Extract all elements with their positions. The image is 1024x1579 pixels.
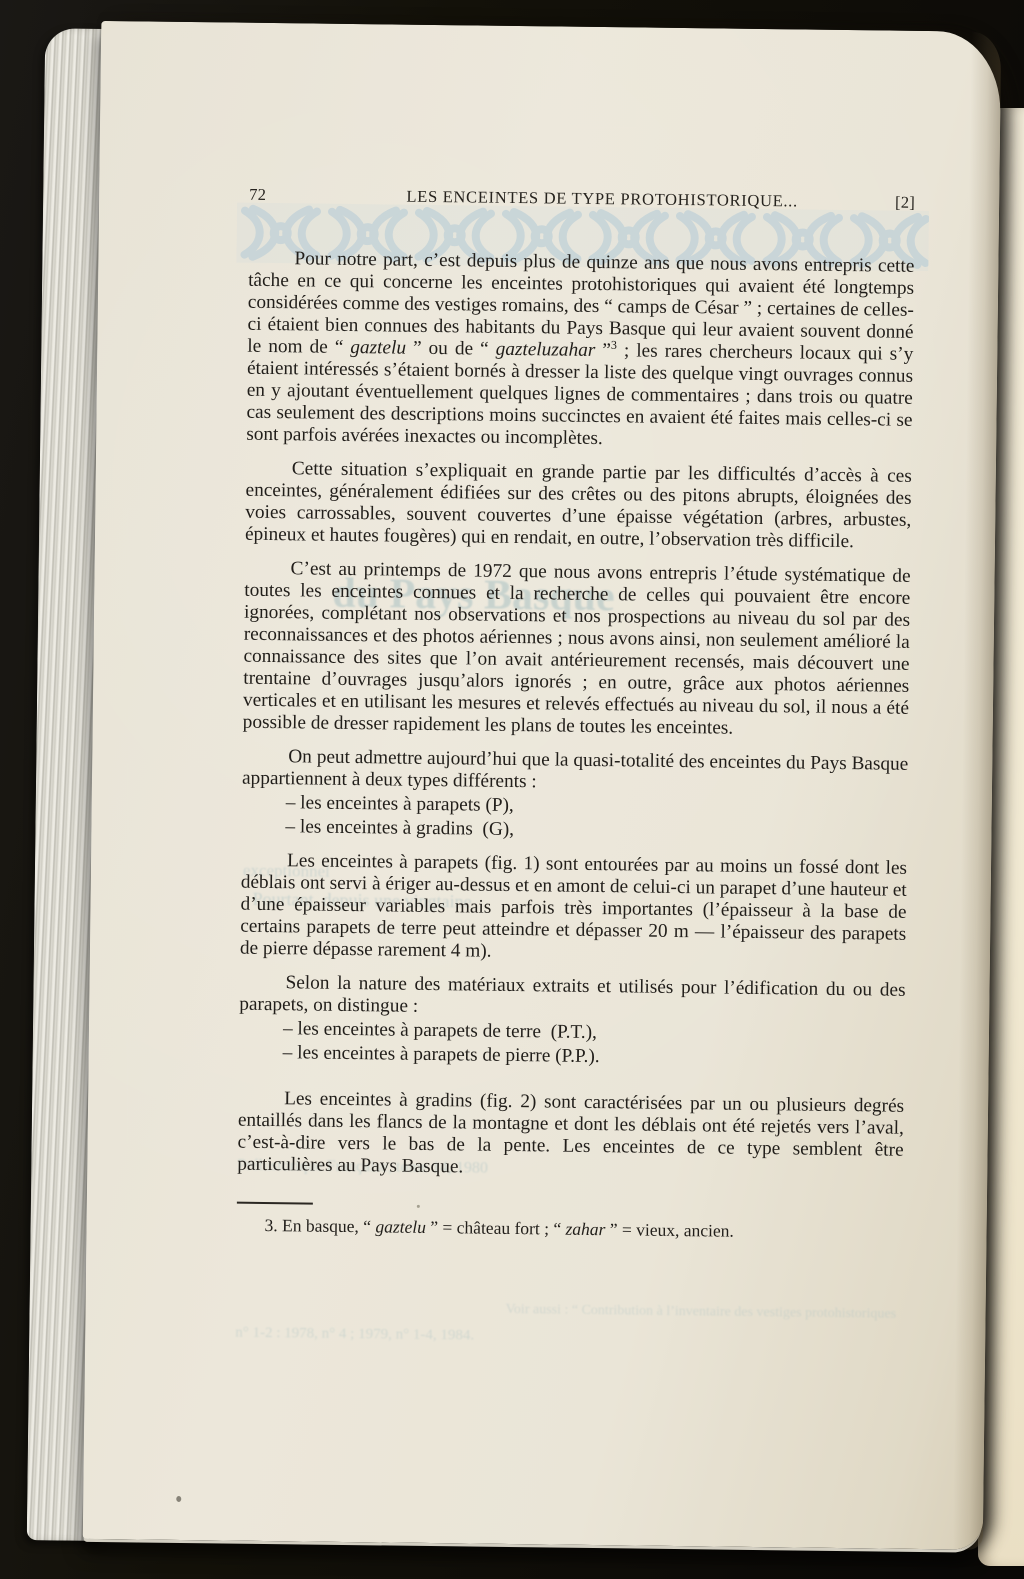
paper-speck [176,1496,181,1502]
footnote-text: 3. En basque, “ gaztelu ” = château fort… [236,1214,902,1244]
text-run: 3. En basque, “ [264,1215,375,1236]
paragraph: Cette situation s’expliquait en grande p… [245,458,912,554]
text-block: Pour notre part, c’est depuis plus de qu… [237,248,914,1184]
text-run: – les enceintes à parapets de pierre (P.… [283,1042,600,1067]
paragraph: Pour notre part, c’est depuis plus de qu… [246,248,914,454]
italic-term: gazteluzahar [496,339,596,361]
paper-speck [417,1205,420,1208]
text-run: Les enceintes à gradins (fig. 2) sont ca… [237,1088,904,1177]
page-content: 72 LES ENCEINTES DE TYPE PROTOHISTORIQUE… [83,21,1001,1550]
running-header: 72 LES ENCEINTES DE TYPE PROTOHISTORIQUE… [249,183,915,215]
paragraph: Selon la nature des matériaux extraits e… [239,972,905,1024]
paper-page: du Pays BasqueexceptionnelPourtant, depu… [83,21,1001,1550]
paragraph: Les enceintes à parapets (fig. 1) sont e… [240,850,907,968]
italic-term: zahar [565,1219,605,1239]
italic-term: gaztelu [375,1216,426,1237]
text-run: Selon la nature des matériaux extraits e… [239,972,905,1017]
header-reference: [2] [865,190,915,215]
scanned-book-page: du Pays BasqueexceptionnelPourtant, depu… [0,0,1024,1579]
text-run: – les enceintes à parapets de terre (P.T… [283,1018,597,1043]
book-page-group: du Pays BasqueexceptionnelPourtant, depu… [27,20,1001,1550]
footnote-block: 3. En basque, “ gaztelu ” = château fort… [236,1202,902,1244]
text-run: ” = vieux, ancien. [605,1219,734,1241]
text-run: Les enceintes à parapets (fig. 1) sont e… [240,850,907,962]
header-title: LES ENCEINTES DE TYPE PROTOHISTORIQUE... [339,184,865,214]
text-run: C’est au printemps de 1972 que nous avon… [243,558,911,738]
italic-term: gaztelu [350,337,406,359]
text-run: – les enceintes à gradins (G), [285,816,514,840]
text-run: ” [595,340,611,361]
text-run: ” ou de “ [406,338,496,360]
paragraph: C’est au printemps de 1972 que nous avon… [243,558,911,742]
page-number: 72 [249,183,339,208]
text-run: Cette situation s’expliquait en grande p… [245,458,912,552]
paragraph: Les enceintes à gradins (fig. 2) sont ca… [237,1088,904,1184]
text-run: On peut admettre aujourd’hui que la quas… [242,746,908,792]
footnote-rule [237,1202,313,1205]
text-run: ” = château fort ; “ [426,1217,566,1239]
text-run: – les enceintes à parapets (P), [286,792,514,816]
paragraph: On peut admettre aujourd’hui que la quas… [242,746,908,798]
